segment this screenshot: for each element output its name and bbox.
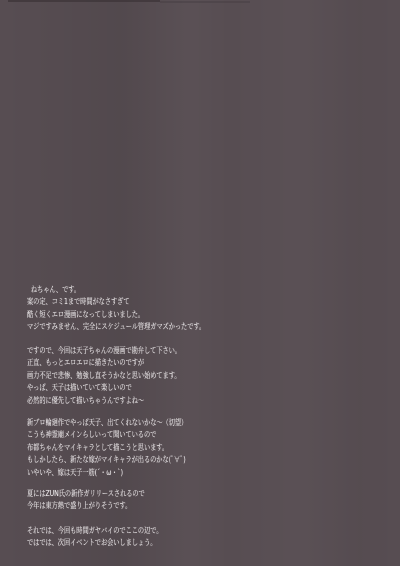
text-line: ではでは、次回イベントでお会いしましょう。 <box>27 537 230 550</box>
afterword-page: ねちゃん、です。 案の定、コミ1まで時間がなさすぎて 酷く短くエロ漫画になってし… <box>0 0 400 566</box>
text-line: 新ブロ輪廻作でやっぱ天子、出てくれないかな～（切望） <box>27 417 230 430</box>
afterword-paragraph-comic: ですので、今回は天子ちゃんの漫画で勘弁して下さい。 正直、もっとエロエロに描きた… <box>27 345 287 408</box>
afterword-paragraph-new-game: 新ブロ輪廻作でやっぱ天子、出てくれないかな～（切望） こうも神霊廟メインらしいっ… <box>27 417 287 480</box>
scan-edge-line <box>160 1 250 3</box>
text-line: ねちゃん、です。 <box>27 284 230 297</box>
text-line: それでは、今回も時間ガヤバイのでここの辺で。 <box>27 525 230 538</box>
text-line: 正直、もっとエロエロに描きたいのですが <box>27 357 230 370</box>
text-line: やっぱ、天子は描いていて楽しいので <box>27 382 230 395</box>
text-line: マジですみません、完全にスケジュール管理ガマズかったです。 <box>27 321 230 334</box>
afterword-paragraph-closing: それでは、今回も時間ガヤバイのでここの辺で。 ではでは、次回イベントでお会いしま… <box>27 525 287 550</box>
text-line: こうも神霊廟メインらしいって聞いているので <box>27 429 230 442</box>
text-line: 今年は東方熱で盛り上がりそうです。 <box>27 500 230 513</box>
text-line: 夏にはZUN氏の新作ガリリースされるので <box>27 488 230 501</box>
text-line: 画力不足で悲惨、勉強し直そうかなと思い始めてます。 <box>27 370 230 383</box>
text-line: もしかしたら、新たな嫁がマイキャラが出るのかな(ﾟ∀ﾟ) <box>27 454 230 467</box>
text-line: 案の定、コミ1まで時間がなさすぎて <box>27 296 230 309</box>
afterword-paragraph-summer: 夏にはZUN氏の新作ガリリースされるので 今年は東方熱で盛り上がりそうです。 <box>27 488 287 513</box>
scan-edge-line <box>8 0 160 2</box>
text-line: 酷く短くエロ漫画になってしまいました。 <box>27 309 230 322</box>
text-line: いやいや、嫁は天子一筋(´・ω・`) <box>27 467 230 480</box>
text-line: 必然的に優先して描いちゃうんですよね～ <box>27 395 230 408</box>
text-line: 布都ちゃんをマイキャラとして描こうと思います。 <box>27 442 230 455</box>
afterword-paragraph-greeting: ねちゃん、です。 案の定、コミ1まで時間がなさすぎて 酷く短くエロ漫画になってし… <box>27 284 287 334</box>
text-line: ですので、今回は天子ちゃんの漫画で勘弁して下さい。 <box>27 345 230 358</box>
